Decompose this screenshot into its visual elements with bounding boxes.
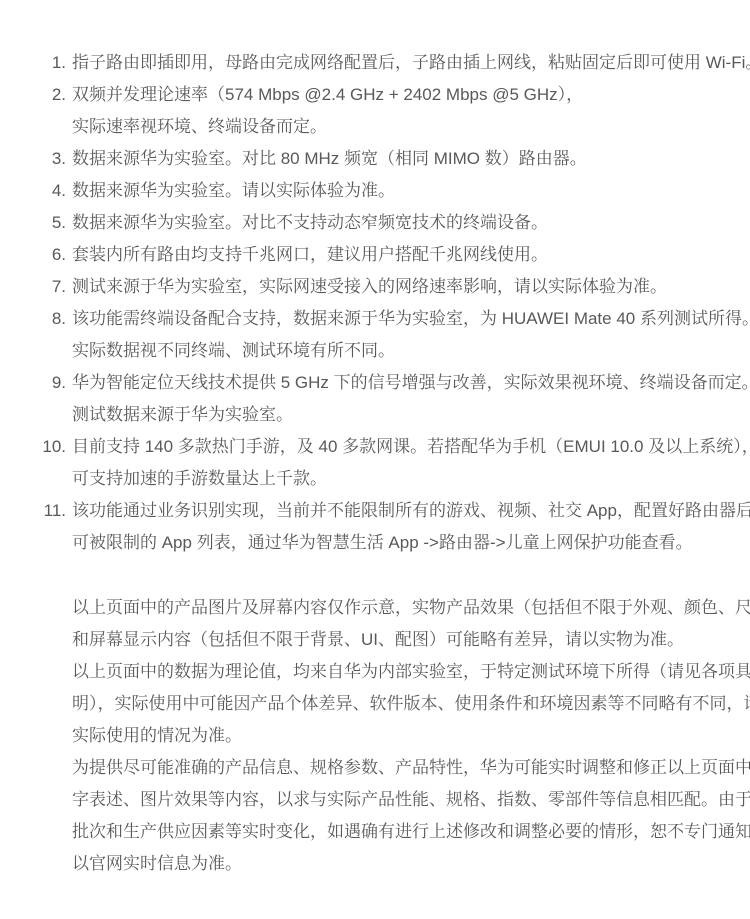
disclaimer-line: 批次和生产供应因素等实时变化，如遇确有进行上述修改和调整必要的情形，恕不专门通知… xyxy=(72,816,726,848)
footnote-item: 4.数据来源华为实验室。请以实际体验为准。 xyxy=(28,175,726,207)
footnote-item: 1.指子路由即插即用，母路由完成网络配置后，子路由插上网线，粘贴固定后即可使用 … xyxy=(28,47,726,79)
footnote-number: 8. xyxy=(28,303,66,335)
footnote-line: 目前支持 140 多款热门手游，及 40 多款网课。若搭配华为手机（EMUI 1… xyxy=(72,431,726,463)
footnote-text: 指子路由即插即用，母路由完成网络配置后，子路由插上网线，粘贴固定后即可使用 Wi… xyxy=(72,47,726,79)
footnote-line: 测试来源于华为实验室，实际网速受接入的网络速率影响，请以实际体验为准。 xyxy=(72,271,726,303)
footnote-line: 套装内所有路由均支持千兆网口，建议用户搭配千兆网线使用。 xyxy=(72,239,726,271)
disclaimer-line: 字表述、图片效果等内容，以求与实际产品性能、规格、指数、零部件等信息相匹配。由于… xyxy=(72,784,726,816)
disclaimer-line: 实际使用的情况为准。 xyxy=(72,720,726,752)
footnote-item: 11.该功能通过业务识别实现，当前并不能限制所有的游戏、视频、社交 App，配置… xyxy=(28,495,726,559)
footnote-number: 3. xyxy=(28,143,66,175)
footnote-number: 9. xyxy=(28,367,66,399)
footnote-line: 该功能需终端设备配合支持，数据来源于华为实验室，为 HUAWEI Mate 40… xyxy=(72,303,726,335)
footnote-line: 指子路由即插即用，母路由完成网络配置后，子路由插上网线，粘贴固定后即可使用 Wi… xyxy=(72,47,726,79)
footnote-number: 2. xyxy=(28,79,66,111)
footnote-number: 5. xyxy=(28,207,66,239)
footnote-line: 数据来源华为实验室。请以实际体验为准。 xyxy=(72,175,726,207)
footnote-item: 5.数据来源华为实验室。对比不支持动态窄频宽技术的终端设备。 xyxy=(28,207,726,239)
footnote-item: 9.华为智能定位天线技术提供 5 GHz 下的信号增强与改善，实际效果视环境、终… xyxy=(28,367,726,431)
disclaimer-line: 为提供尽可能准确的产品信息、规格参数、产品特性，华为可能实时调整和修正以上页面中… xyxy=(72,752,726,784)
disclaimer-line: 和屏幕显示内容（包括但不限于背景、UI、配图）可能略有差异，请以实物为准。 xyxy=(72,624,726,656)
footnote-item: 10.目前支持 140 多款热门手游，及 40 多款网课。若搭配华为手机（EMU… xyxy=(28,431,726,495)
footnote-line: 双频并发理论速率（574 Mbps @2.4 GHz + 2402 Mbps @… xyxy=(72,79,726,111)
footnote-item: 3.数据来源华为实验室。对比 80 MHz 频宽（相同 MIMO 数）路由器。 xyxy=(28,143,726,175)
disclaimer-line: 明），实际使用中可能因产品个体差异、软件版本、使用条件和环境因素等不同略有不同，… xyxy=(72,688,726,720)
footnote-number: 10. xyxy=(28,431,66,463)
footnote-line: 可被限制的 App 列表，通过华为智慧生活 App ->路由器->儿童上网保护功… xyxy=(72,527,726,559)
disclaimer-paragraph: 为提供尽可能准确的产品信息、规格参数、产品特性，华为可能实时调整和修正以上页面中… xyxy=(72,752,726,880)
footnote-number: 11. xyxy=(28,495,66,527)
footnote-text: 目前支持 140 多款热门手游，及 40 多款网课。若搭配华为手机（EMUI 1… xyxy=(72,431,726,495)
footnote-text: 双频并发理论速率（574 Mbps @2.4 GHz + 2402 Mbps @… xyxy=(72,79,726,143)
footnote-line: 测试数据来源于华为实验室。 xyxy=(72,399,726,431)
disclaimer-paragraph: 以上页面中的数据为理论值，均来自华为内部实验室，于特定测试环境下所得（请见各项具… xyxy=(72,656,726,752)
footnote-text: 数据来源华为实验室。对比不支持动态窄频宽技术的终端设备。 xyxy=(72,207,726,239)
footnote-item: 2.双频并发理论速率（574 Mbps @2.4 GHz + 2402 Mbps… xyxy=(28,79,726,143)
footnote-text: 该功能通过业务识别实现，当前并不能限制所有的游戏、视频、社交 App，配置好路由… xyxy=(72,495,726,559)
footnote-text: 数据来源华为实验室。对比 80 MHz 频宽（相同 MIMO 数）路由器。 xyxy=(72,143,726,175)
footnote-line: 华为智能定位天线技术提供 5 GHz 下的信号增强与改善，实际效果视环境、终端设… xyxy=(72,367,726,399)
footnotes-section: 1.指子路由即插即用，母路由完成网络配置后，子路由插上网线，粘贴固定后即可使用 … xyxy=(0,0,750,559)
footnote-text: 测试来源于华为实验室，实际网速受接入的网络速率影响，请以实际体验为准。 xyxy=(72,271,726,303)
footnote-line: 数据来源华为实验室。对比 80 MHz 频宽（相同 MIMO 数）路由器。 xyxy=(72,143,726,175)
footnote-line: 实际数据视不同终端、测试环境有所不同。 xyxy=(72,335,726,367)
footnote-text: 该功能需终端设备配合支持，数据来源于华为实验室，为 HUAWEI Mate 40… xyxy=(72,303,726,367)
footnote-text: 数据来源华为实验室。请以实际体验为准。 xyxy=(72,175,726,207)
footnote-number: 7. xyxy=(28,271,66,303)
disclaimers-section: 以上页面中的产品图片及屏幕内容仅作示意，实物产品效果（包括但不限于外观、颜色、尺… xyxy=(0,592,750,880)
disclaimer-line: 以官网实时信息为准。 xyxy=(72,848,726,880)
footnote-line: 数据来源华为实验室。对比不支持动态窄频宽技术的终端设备。 xyxy=(72,207,726,239)
disclaimer-line: 以上页面中的数据为理论值，均来自华为内部实验室，于特定测试环境下所得（请见各项具… xyxy=(72,656,726,688)
footnote-line: 实际速率视环境、终端设备而定。 xyxy=(72,111,726,143)
footnote-item: 7.测试来源于华为实验室，实际网速受接入的网络速率影响，请以实际体验为准。 xyxy=(28,271,726,303)
footnote-line: 该功能通过业务识别实现，当前并不能限制所有的游戏、视频、社交 App，配置好路由… xyxy=(72,495,726,527)
footnote-text: 套装内所有路由均支持千兆网口，建议用户搭配千兆网线使用。 xyxy=(72,239,726,271)
footnote-item: 8.该功能需终端设备配合支持，数据来源于华为实验室，为 HUAWEI Mate … xyxy=(28,303,726,367)
disclaimer-line: 以上页面中的产品图片及屏幕内容仅作示意，实物产品效果（包括但不限于外观、颜色、尺… xyxy=(72,592,726,624)
footnote-line: 可支持加速的手游数量达上千款。 xyxy=(72,463,726,495)
footnote-number: 1. xyxy=(28,47,66,79)
footnote-number: 4. xyxy=(28,175,66,207)
footnote-number: 6. xyxy=(28,239,66,271)
footnote-text: 华为智能定位天线技术提供 5 GHz 下的信号增强与改善，实际效果视环境、终端设… xyxy=(72,367,726,431)
footnote-item: 6.套装内所有路由均支持千兆网口，建议用户搭配千兆网线使用。 xyxy=(28,239,726,271)
disclaimer-paragraph: 以上页面中的产品图片及屏幕内容仅作示意，实物产品效果（包括但不限于外观、颜色、尺… xyxy=(72,592,726,656)
